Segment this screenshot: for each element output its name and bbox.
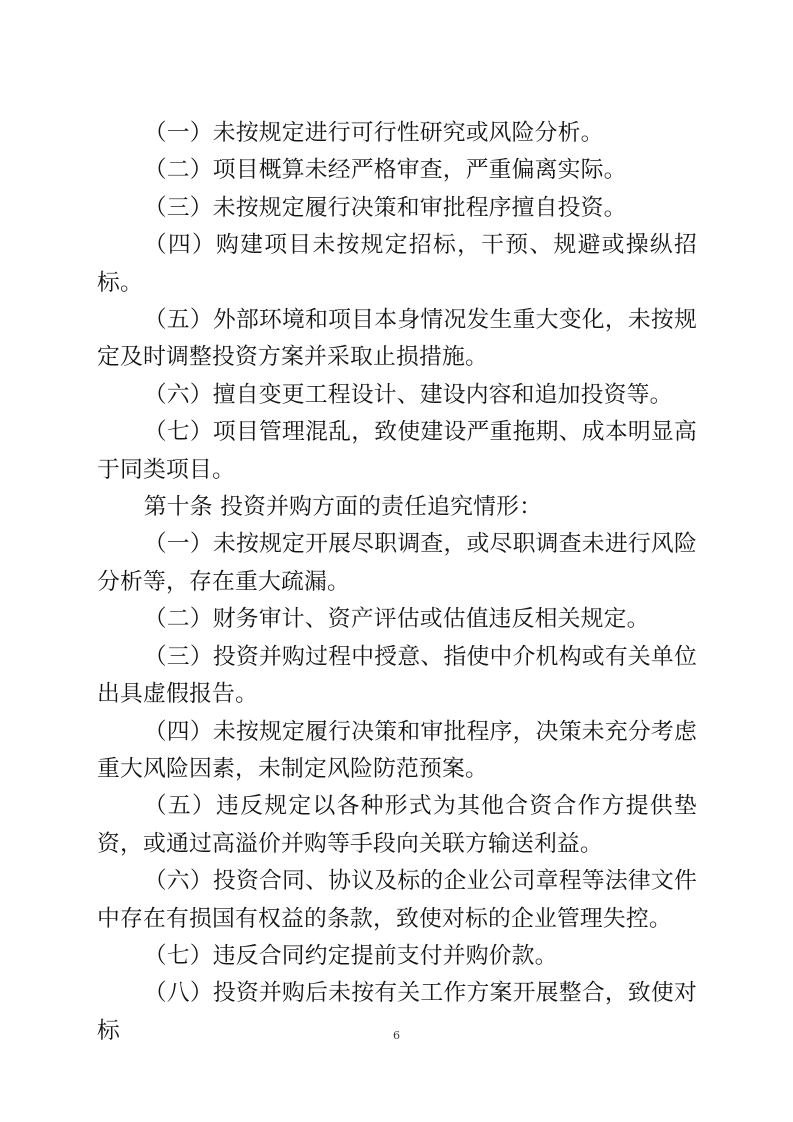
document-page-body: （一）未按规定进行可行性研究或风险分析。 （二）项目概算未经严格审查，严重偏离实… (97, 115, 697, 1050)
clause-item-1: （一）未按规定进行可行性研究或风险分析。 (97, 115, 697, 152)
page-number: 6 (0, 1029, 793, 1042)
article-ten-item-3: （三）投资并购过程中授意、指使中介机构或有关单位出具虚假报告。 (97, 639, 697, 714)
clause-item-6: （六）擅自变更工程设计、建设内容和追加投资等。 (97, 377, 697, 414)
clause-item-5: （五）外部环境和项目本身情况发生重大变化，未按规定及时调整投资方案并采取止损措施… (97, 302, 697, 377)
article-ten-heading: 第十条 投资并购方面的责任追究情形： (97, 489, 697, 526)
clause-item-4: （四）购建项目未按规定招标，干预、规避或操纵招标。 (97, 227, 697, 302)
article-ten-item-2: （二）财务审计、资产评估或估值违反相关规定。 (97, 601, 697, 638)
clause-item-2: （二）项目概算未经严格审查，严重偏离实际。 (97, 152, 697, 189)
article-ten-item-1: （一）未按规定开展尽职调查，或尽职调查未进行风险分析等，存在重大疏漏。 (97, 526, 697, 601)
article-ten-item-7: （七）违反合同约定提前支付并购价款。 (97, 938, 697, 975)
article-ten-item-4: （四）未按规定履行决策和审批程序，决策未充分考虑重大风险因素，未制定风险防范预案… (97, 714, 697, 789)
clause-item-3: （三）未按规定履行决策和审批程序擅自投资。 (97, 190, 697, 227)
clause-item-7: （七）项目管理混乱，致使建设严重拖期、成本明显高于同类项目。 (97, 414, 697, 489)
article-ten-item-5: （五）违反规定以各种形式为其他合资合作方提供垫资，或通过高溢价并购等手段向关联方… (97, 788, 697, 863)
article-ten-item-6: （六）投资合同、协议及标的企业公司章程等法律文件中存在有损国有权益的条款，致使对… (97, 863, 697, 938)
